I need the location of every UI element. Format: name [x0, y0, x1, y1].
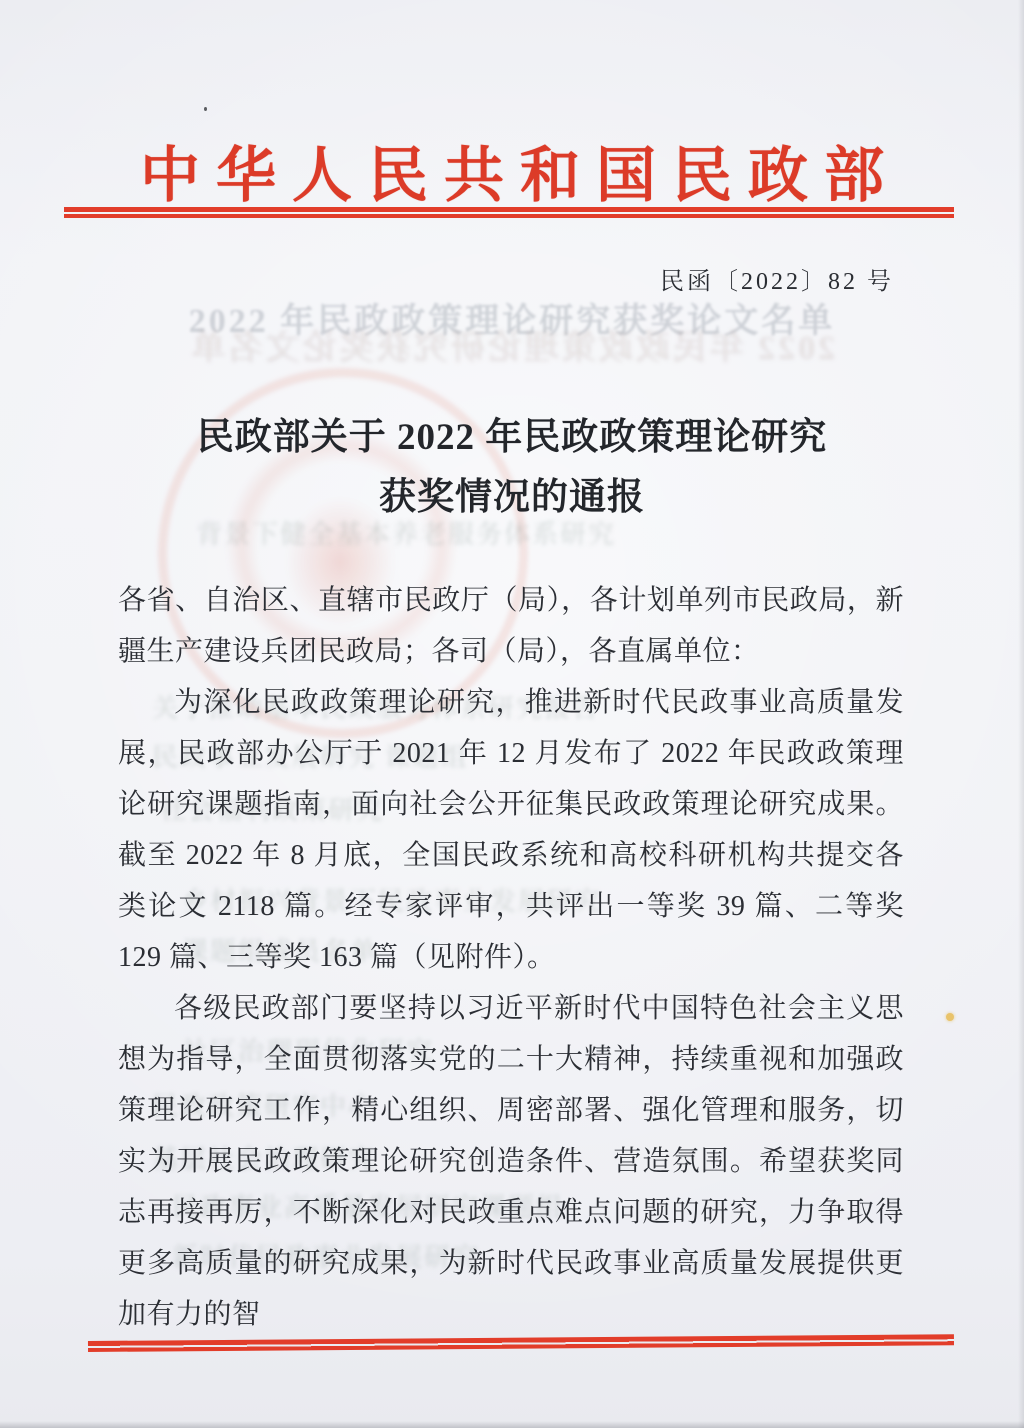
scanned-document-page: { "document": { "agency_name": "中华人民共和国民…	[0, 0, 1024, 1428]
paper-edge-shadow-right	[1018, 0, 1024, 1428]
scan-speck-yellow	[946, 1013, 954, 1021]
document-title: 民政部关于 2022 年民政政策理论研究 获奖情况的通报	[0, 408, 1024, 528]
bleedthrough-next-page-title-offset: 2022 年民政政策理论研究获奖论文名单	[0, 320, 1024, 369]
letterhead-red-rule	[64, 207, 954, 218]
document-number: 民函〔2022〕82 号	[660, 261, 894, 296]
body-paragraph-2: 各级民政部门要坚持以习近平新时代中国特色社会主义思想为指导，全面贯彻落实党的二十…	[118, 983, 904, 1340]
agency-name-letterhead: 中华人民共和国民政部	[0, 128, 1024, 214]
paper-edge-shadow-bottom	[0, 1421, 1024, 1428]
document-title-line2: 获奖情况的通报	[0, 468, 1024, 528]
document-body: 各省、自治区、直辖市民政厅（局），各计划单列市民政局，新疆生产建设兵团民政局；各…	[118, 575, 904, 1340]
body-paragraph-1: 为深化民政政策理论研究，推进新时代民政事业高质量发展，民政部办公厅于 2021 …	[118, 677, 904, 983]
salutation-paragraph: 各省、自治区、直辖市民政厅（局），各计划单列市民政局，新疆生产建设兵团民政局；各…	[118, 575, 904, 677]
scan-speck-dark	[204, 107, 207, 111]
document-title-line1: 民政部关于 2022 年民政政策理论研究	[0, 408, 1024, 468]
